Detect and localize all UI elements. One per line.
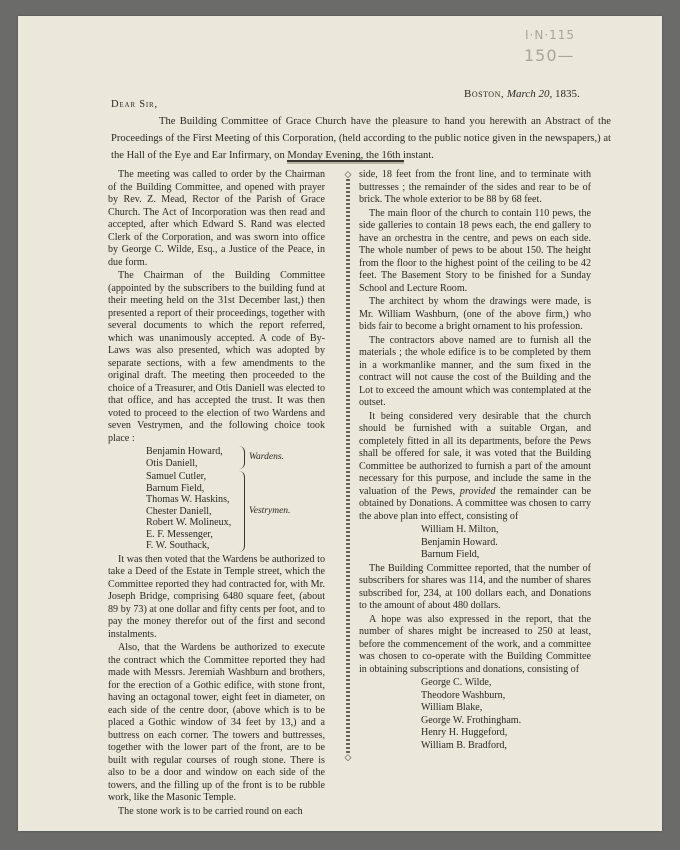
brace-icon [238,471,245,552]
subscription-committee-list: George C. Wilde, Theodore Washburn, Will… [421,677,591,752]
vestrymen-group: Samuel Cutler, Barnum Field, Thomas W. H… [146,471,325,552]
committee-member: Barnum Field, [421,549,591,562]
committee-member: Henry H. Huggeford, [421,727,591,740]
separator-rule [287,160,404,162]
text-run: It being considered very desirable that … [359,411,591,497]
committee-member: George W. Frothingham. [421,715,591,728]
committee-member: Theodore Washburn, [421,690,591,703]
committee-member: William B. Bradford, [421,740,591,753]
role-label: Wardens. [249,452,284,464]
pencil-note-catalog: I·N·115 [525,28,575,42]
committee-member: George C. Wilde, [421,677,591,690]
column-divider-ornament: ◇ ◇ [343,170,353,762]
paragraph: side, 18 feet from the front line, and t… [359,169,591,207]
paragraph: The main floor of the church to contain … [359,208,591,296]
paragraph: A hope was also expressed in the report,… [359,614,591,677]
wardens-group: Benjamin Howard, Otis Daniell, Wardens. [146,446,325,469]
dateline-year: 1835. [555,88,580,100]
paragraph: The Building Committee reported, that th… [359,563,591,613]
pencil-note-price: 150— [524,46,575,65]
brace-icon [238,446,245,469]
committee-member: Benjamin Howard. [421,537,591,550]
dateline-place: Boston, [464,88,504,100]
paragraph: It being considered very desirable that … [359,411,591,524]
role-label: Vestrymen. [249,506,290,518]
text-run-italic: provided [460,486,496,497]
organ-committee-list: William H. Milton, Benjamin Howard. Barn… [421,524,591,562]
officers-list: Benjamin Howard, Otis Daniell, Wardens. … [146,446,325,552]
vestryman-name: Chester Daniell, [146,506,238,518]
vestryman-name: Samuel Cutler, [146,471,238,483]
warden-name: Benjamin Howard, [146,446,238,458]
paragraph: It was then voted that the Wardens be au… [108,554,325,642]
vestryman-name: Robert W. Molineux, [146,517,238,529]
left-column: The meeting was called to order by the C… [108,169,325,818]
salutation: Dear Sir, [111,99,158,110]
intro-paragraph: The Building Committee of Grace Church h… [111,113,611,164]
vestryman-name: Thomas W. Haskins, [146,494,238,506]
vestryman-name: E. F. Messenger, [146,529,238,541]
paragraph: The meeting was called to order by the C… [108,169,325,269]
paragraph: The architect by whom the drawings were … [359,296,591,334]
dateline-date: March 20, [507,88,552,100]
document-page: I·N·115 150— Boston, March 20, 1835. Dea… [18,16,662,831]
warden-name: Otis Daniell, [146,458,238,470]
diamond-ornament-icon: ◇ [345,753,352,762]
paragraph: The Chairman of the Building Committee (… [108,270,325,445]
paragraph: Also, that the Wardens be authorized to … [108,642,325,805]
paragraph: The contractors above named are to furni… [359,335,591,410]
dateline: Boston, March 20, 1835. [464,88,580,100]
diamond-ornament-icon: ◇ [345,170,352,179]
paragraph: The stone work is to be carried round on… [108,806,325,819]
chain-rule [346,179,350,753]
vestryman-name: F. W. Southack, [146,540,238,552]
vestryman-name: Barnum Field, [146,483,238,495]
committee-member: William H. Milton, [421,524,591,537]
right-column: side, 18 feet from the front line, and t… [359,169,591,753]
committee-member: William Blake, [421,702,591,715]
